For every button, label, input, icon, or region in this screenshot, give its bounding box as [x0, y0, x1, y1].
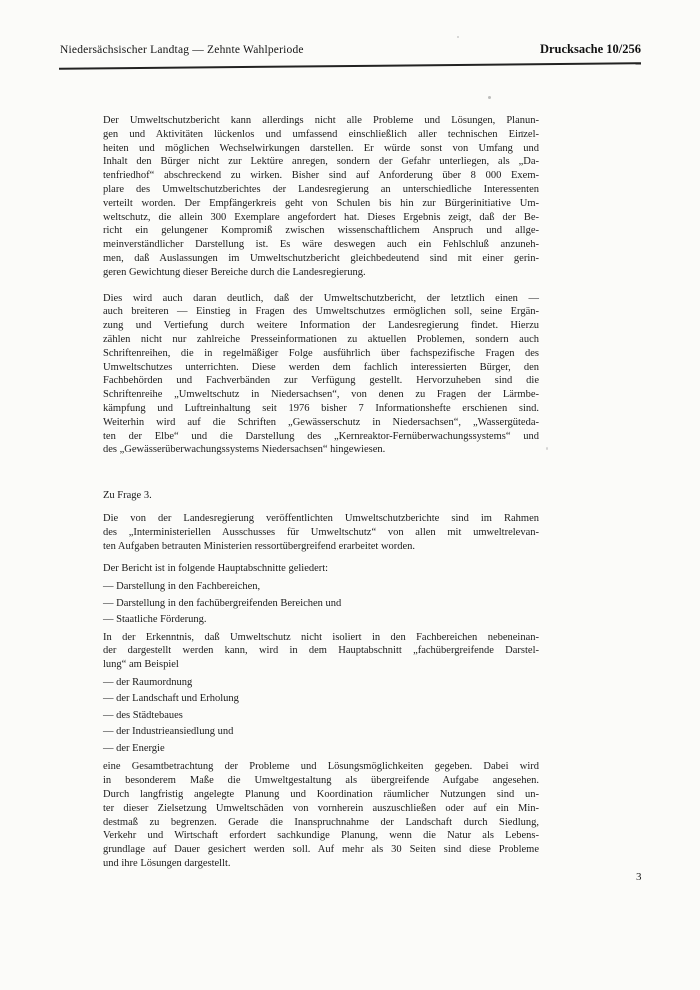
- text-line: in besonderem Maße die Umweltgestaltung …: [103, 774, 539, 788]
- text-line: kämpfung und Luftreinhaltung seit 1976 b…: [103, 402, 539, 416]
- scan-speck: [521, 131, 524, 133]
- page-number: 3: [636, 871, 642, 883]
- paragraph-1: Der Umweltschutzbericht kann allerdings …: [103, 114, 539, 280]
- text-line: men, daß Auslassungen im Umweltschutzber…: [103, 252, 539, 266]
- text-line: ten der Elbe“ und die Darstellung des „K…: [103, 430, 539, 444]
- paragraph-3: Die von der Landesregierung veröffentlic…: [103, 512, 539, 553]
- text-line: eine Gesamtbetrachtung der Probleme und …: [103, 760, 539, 774]
- text-line: zählen nicht nur zahlreiche Presseinform…: [103, 333, 539, 347]
- paragraph-2: Dies wird auch daran deutlich, daß der U…: [103, 292, 539, 458]
- text-line: auch breiteren — Einstieg in Fragen des …: [103, 305, 539, 319]
- text-line: ter dieser Zielsetzung Umweltschäden von…: [103, 802, 539, 816]
- document-body: Der Umweltschutzbericht kann allerdings …: [103, 114, 539, 871]
- text-line: weltschutz, die allein 300 Exemplare ang…: [103, 211, 539, 225]
- text-line: gen und Aktivitäten lückenlos und umfass…: [103, 128, 539, 142]
- text-line: Die von der Landesregierung veröffentlic…: [103, 512, 539, 526]
- scan-speck: [488, 96, 491, 99]
- scan-speck: [457, 36, 459, 38]
- text-line: Verkehr und Wirtschaft erfordert sachkun…: [103, 829, 539, 843]
- list-intro: Der Bericht ist in folgende Hauptabschni…: [103, 562, 539, 576]
- text-line: Schriftenreihen, die in regelmäßiger Fol…: [103, 347, 539, 361]
- text-line: Fachbehörden und Fachverbänden zur Verfü…: [103, 374, 539, 388]
- section-heading: Zu Frage 3.: [103, 489, 539, 503]
- header-title: Niedersächsischer Landtag — Zehnte Wahlp…: [60, 44, 304, 56]
- list-item: — Staatliche Förderung.: [103, 613, 539, 627]
- list-item: — der Industrieansiedlung und: [103, 725, 539, 739]
- text-line: verteilt worden. Der Empfängerkreis geht…: [103, 197, 539, 211]
- text-line: tenfriedhof“ abschreckend zu wirken. Bis…: [103, 169, 539, 183]
- text-line: Schriftenreihe „Umweltschutz in Niedersa…: [103, 388, 539, 402]
- text-line: meinverständlicher Darstellung ist. Es w…: [103, 238, 539, 252]
- text-line: ten Aufgaben betrauten Ministerien resso…: [103, 540, 539, 554]
- text-line: Dies wird auch daran deutlich, daß der U…: [103, 292, 539, 306]
- list-item: — der Energie: [103, 742, 539, 756]
- scan-speck: [546, 447, 548, 450]
- text-line: Weiterhin wird auf die Schriften „Gewäss…: [103, 416, 539, 430]
- text-line: und ihre Lösungen dargestellt.: [103, 857, 539, 871]
- list-item: — Darstellung in den Fachbereichen,: [103, 580, 539, 594]
- text-line: heiten und möglichen Wechselwirkungen da…: [103, 142, 539, 156]
- text-line: des „Interministeriellen Ausschusses für…: [103, 526, 539, 540]
- paragraph-4: In der Erkenntnis, daß Umweltschutz nich…: [103, 631, 539, 672]
- text-line: Durch langfristig angelegte Planung und …: [103, 788, 539, 802]
- main-sections-list: — Darstellung in den Fachbereichen,— Dar…: [103, 580, 539, 627]
- text-line: Inhalt den Bürger nicht zur Lektüre anre…: [103, 155, 539, 169]
- text-line: lung“ am Beispiel: [103, 658, 539, 672]
- list-item: — des Städtebaues: [103, 709, 539, 723]
- text-line: Umweltschutzes unterrichten. Diese werde…: [103, 361, 539, 375]
- example-topics-list: — der Raumordnung— der Landschaft und Er…: [103, 676, 539, 755]
- text-line: grundlage auf Dauer gesichert werden sol…: [103, 843, 539, 857]
- list-item: — Darstellung in den fachübergreifenden …: [103, 597, 539, 611]
- text-line: der dargestellt werden kann, wird in dem…: [103, 644, 539, 658]
- header-doc-number: Drucksache 10/256: [540, 42, 641, 57]
- text-line: richt ein gelungener Kompromiß zwischen …: [103, 224, 539, 238]
- header-rule: [59, 62, 641, 70]
- text-line: In der Erkenntnis, daß Umweltschutz nich…: [103, 631, 539, 645]
- text-line: destmaß zu begrenzen. Gerade die Inanspr…: [103, 816, 539, 830]
- document-page: Niedersächsischer Landtag — Zehnte Wahlp…: [0, 0, 700, 990]
- list-item: — der Landschaft und Erholung: [103, 692, 539, 706]
- text-line: Der Umweltschutzbericht kann allerdings …: [103, 114, 539, 128]
- paragraph-5: eine Gesamtbetrachtung der Probleme und …: [103, 760, 539, 870]
- text-line: plare des Umweltschutzberichtes der Land…: [103, 183, 539, 197]
- text-line: zung und Vertiefung durch weitere Inform…: [103, 319, 539, 333]
- text-line: geren Gewichtung dieser Bereiche durch d…: [103, 266, 539, 280]
- list-item: — der Raumordnung: [103, 676, 539, 690]
- text-line: des „Gewässerüberwachungssystems Nieders…: [103, 443, 539, 457]
